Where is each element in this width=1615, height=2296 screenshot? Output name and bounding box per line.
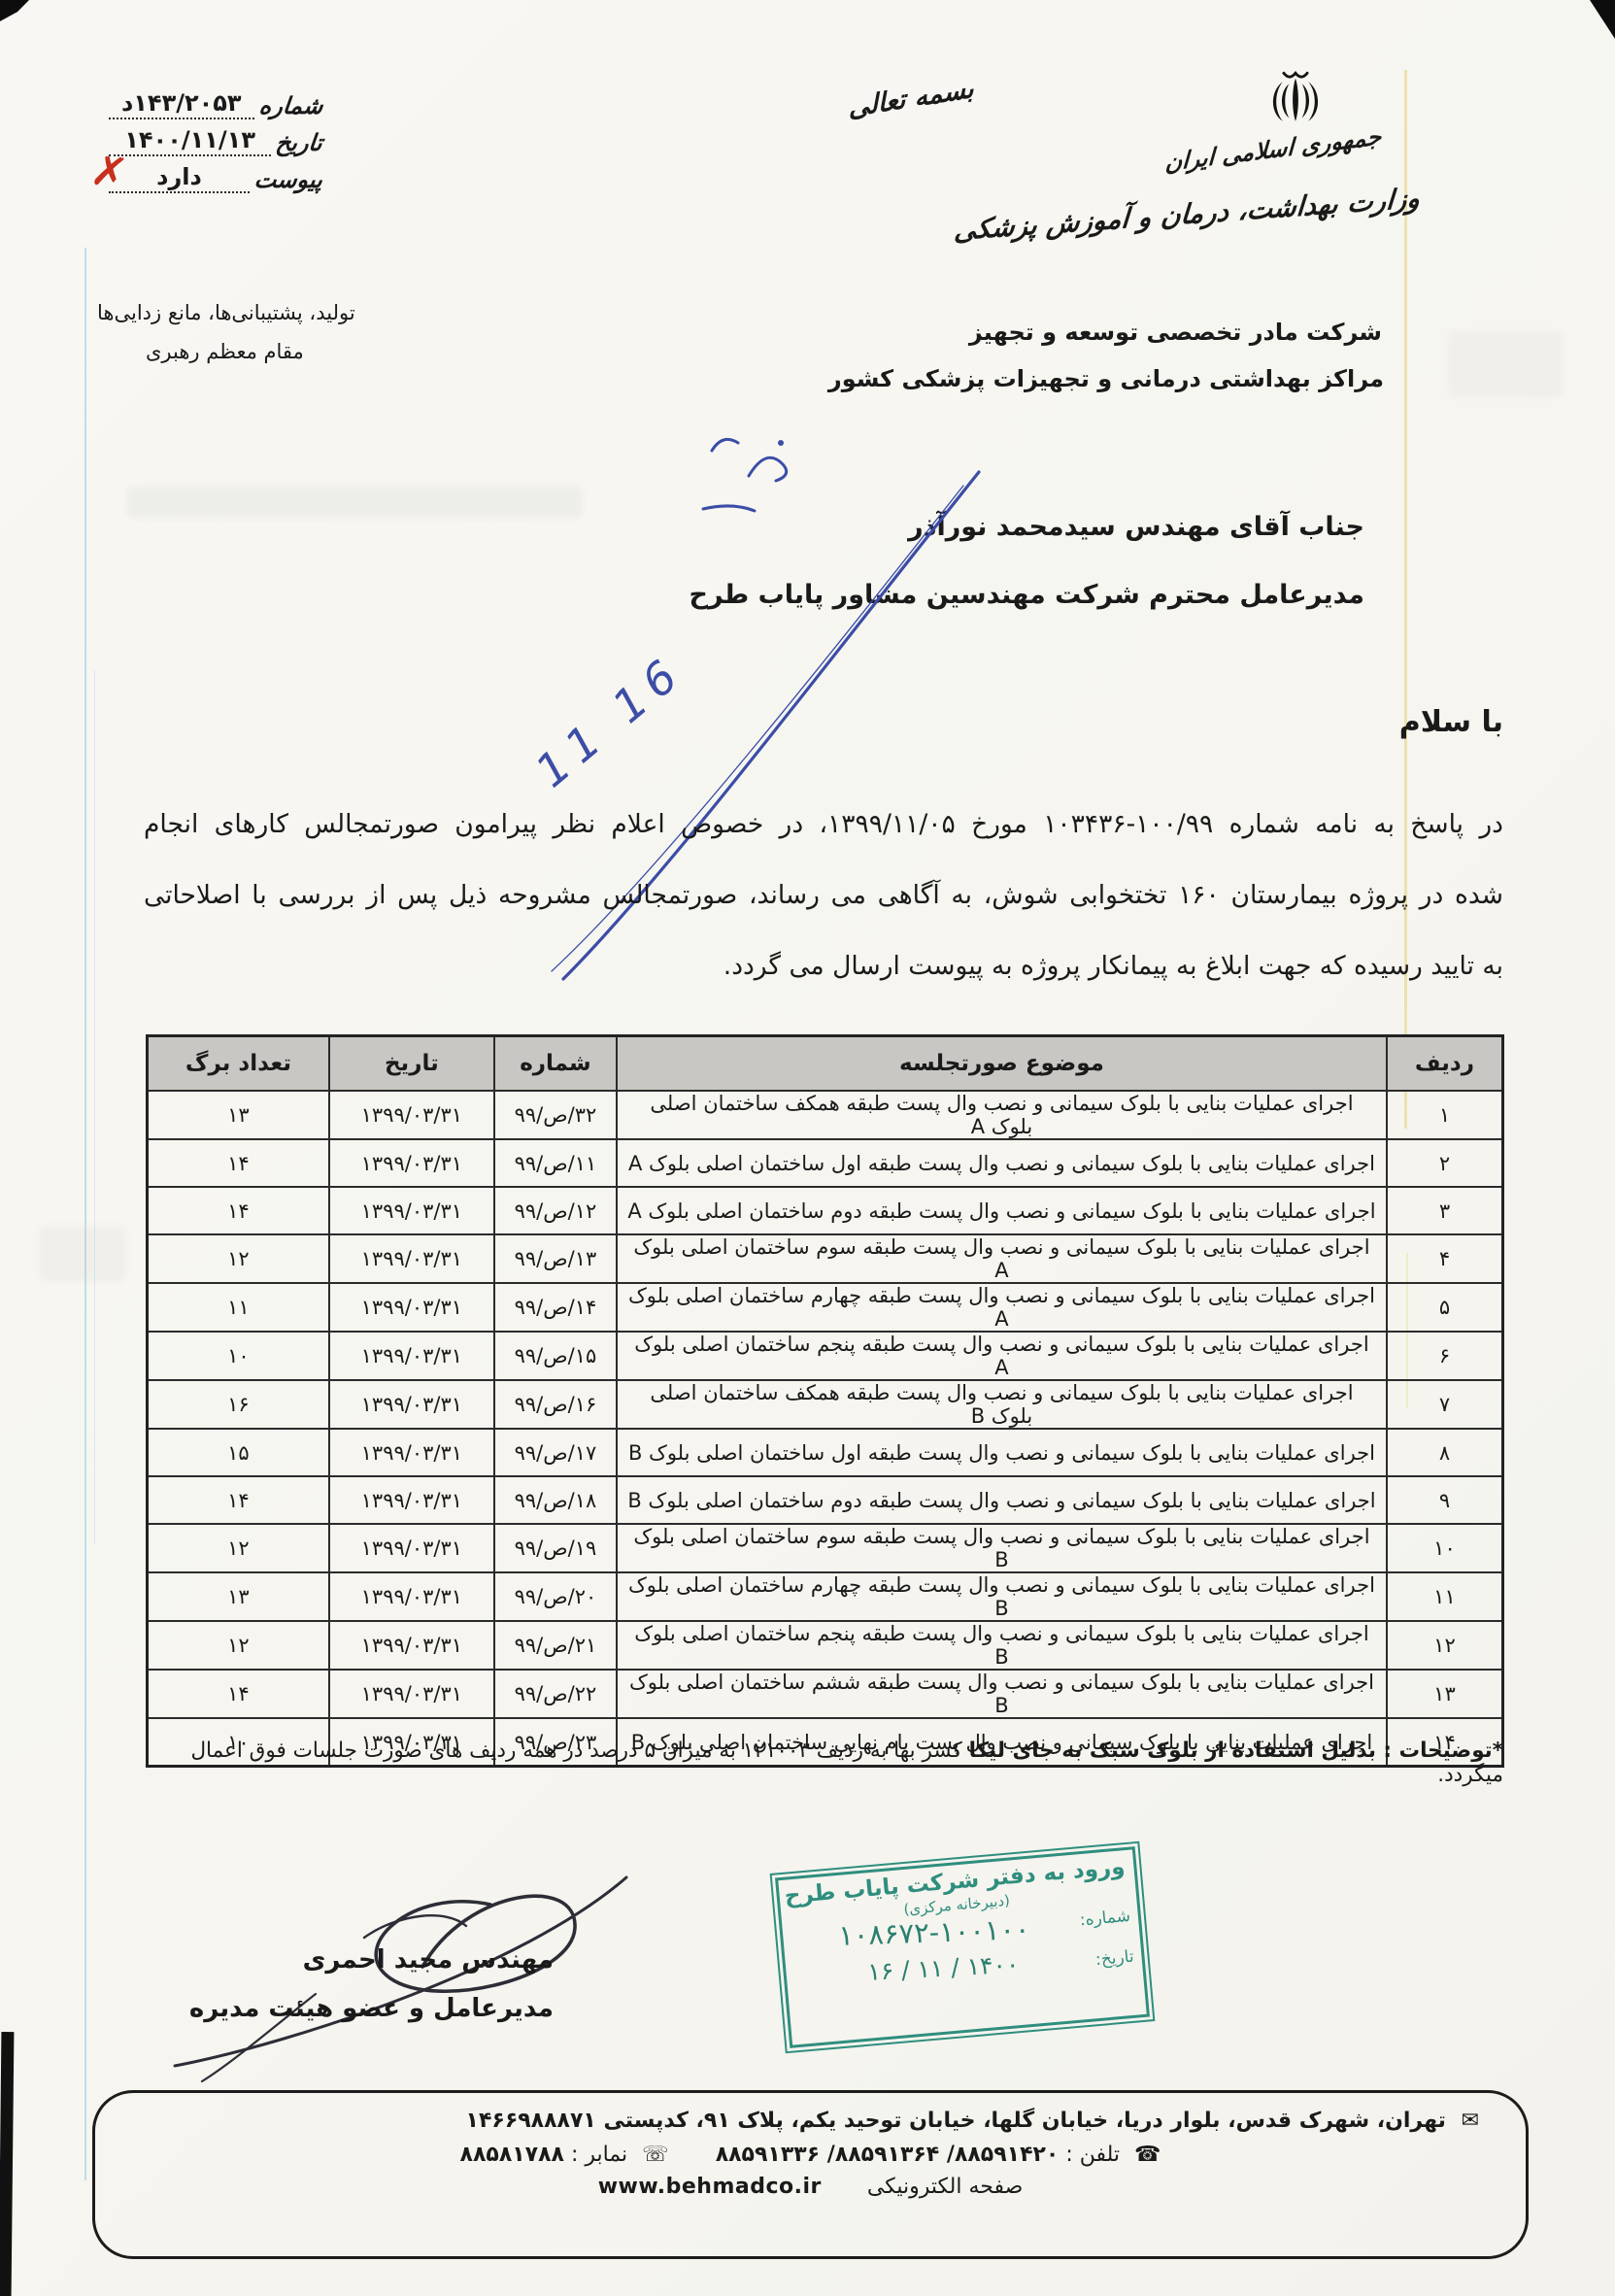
cell-subject: اجرای عملیات بنایی با بلوک سیمانی و نصب … bbox=[617, 1621, 1387, 1670]
cell-date: ۱۳۹۹/۰۳/۳۱ bbox=[329, 1283, 494, 1332]
cell-letter-number: ۱۷/ص/۹۹ bbox=[494, 1429, 617, 1476]
cell-subject: اجرای عملیات بنایی با بلوک سیمانی و نصب … bbox=[617, 1091, 1387, 1139]
cell-pages: ۱۳ bbox=[148, 1091, 329, 1139]
letter-number-label: شماره bbox=[257, 92, 323, 119]
cell-date: ۱۳۹۹/۰۳/۳۱ bbox=[329, 1380, 494, 1429]
footer-contact-box: ✉ تهران، شهرک قدس، بلوار دریا، خیابان گل… bbox=[92, 2090, 1529, 2259]
table-row: ۲ اجرای عملیات بنایی با بلوک سیمانی و نص… bbox=[148, 1139, 1503, 1187]
fax-icon: ☏ bbox=[642, 2143, 669, 2167]
scanned-letter-page: شماره ۱۴۳/۲۰۵۳د تاریخ ۱۴۰۰/۱۱/۱۳ پیوست د… bbox=[0, 0, 1615, 2296]
cell-subject: اجرای عملیات بنایی با بلوک سیمانی و نصب … bbox=[617, 1476, 1387, 1524]
cell-letter-number: ۲۲/ص/۹۹ bbox=[494, 1670, 617, 1718]
table-row: ۸ اجرای عملیات بنایی با بلوک سیمانی و نص… bbox=[148, 1429, 1503, 1476]
body-line: در پاسخ به نامه شماره ۱۰۰/۹۹-۱۰۳۴۳۶ مورخ… bbox=[144, 789, 1503, 860]
cell-pages: ۱۴ bbox=[148, 1187, 329, 1234]
cell-row-number: ۸ bbox=[1387, 1429, 1503, 1476]
cell-pages: ۱۱ bbox=[148, 1283, 329, 1332]
cell-letter-number: ۱۶/ص/۹۹ bbox=[494, 1380, 617, 1429]
cell-subject: اجرای عملیات بنایی با بلوک سیمانی و نصب … bbox=[617, 1139, 1387, 1187]
scan-line-artifact bbox=[94, 670, 95, 1544]
ink-bleed-ghost bbox=[126, 486, 583, 519]
table-row: ۱۱ اجرای عملیات بنایی با بلوک سیمانی و ن… bbox=[148, 1572, 1503, 1621]
cell-pages: ۱۶ bbox=[148, 1380, 329, 1429]
cell-letter-number: ۳۲/ص/۹۹ bbox=[494, 1091, 617, 1139]
fax-number: ۸۸۵۸۱۷۸۸ bbox=[460, 2143, 564, 2167]
signer-title: مدیرعامل و عضو هیئت مدیره bbox=[189, 1994, 554, 2023]
scan-line-artifact bbox=[84, 248, 86, 2180]
letter-number-line: شماره ۱۴۳/۲۰۵۳د bbox=[109, 89, 322, 119]
signer-name: مهندس مجید احمری bbox=[303, 1945, 554, 1975]
phone-numbers: ۸۸۵۹۱۴۲۰/ ۸۸۵۹۱۳۶۴/ ۸۸۵۹۱۳۳۶ bbox=[716, 2143, 1060, 2167]
envelope-icon: ✉ bbox=[1462, 2109, 1479, 2133]
table-row: ۱۰ اجرای عملیات بنایی با بلوک سیمانی و ن… bbox=[148, 1524, 1503, 1572]
org-name-line2: مراکز بهداشتی درمانی و تجهیزات پزشکی کشو… bbox=[828, 365, 1384, 392]
cell-pages: ۱۲ bbox=[148, 1234, 329, 1283]
table-row: ۶ اجرای عملیات بنایی با بلوک سیمانی و نص… bbox=[148, 1332, 1503, 1380]
year-slogan-line2: مقام معظم رهبری bbox=[146, 340, 304, 363]
body-line: شده در پروژه بیمارستان ۱۶۰ تختخوابی شوش،… bbox=[144, 860, 1503, 930]
cell-row-number: ۱۱ bbox=[1387, 1572, 1503, 1621]
phone-icon: ☎ bbox=[1134, 2143, 1161, 2167]
cell-row-number: ۱۰ bbox=[1387, 1524, 1503, 1572]
cell-subject: اجرای عملیات بنایی با بلوک سیمانی و نصب … bbox=[617, 1283, 1387, 1332]
web-label: صفحه الکترونیکی bbox=[867, 2175, 1023, 2199]
phone-label: تلفن : bbox=[1065, 2143, 1120, 2167]
body-line: به تایید رسیده که جهت ابلاغ به پیمانکار … bbox=[144, 930, 1503, 1001]
cell-row-number: ۲ bbox=[1387, 1139, 1503, 1187]
stamp-date-label: تاریخ: bbox=[1094, 1947, 1134, 1970]
table-row: ۱۳ اجرای عملیات بنایی با بلوک سیمانی و ن… bbox=[148, 1670, 1503, 1718]
cell-subject: اجرای عملیات بنایی با بلوک سیمانی و نصب … bbox=[617, 1234, 1387, 1283]
minutes-table-body: ۱ اجرای عملیات بنایی با بلوک سیمانی و نص… bbox=[148, 1091, 1503, 1767]
note-bold-part: *توضیحات : بدلیل استفاده از بلوک سبک به … bbox=[969, 1739, 1503, 1763]
cell-date: ۱۳۹۹/۰۳/۳۱ bbox=[329, 1621, 494, 1670]
cell-subject: اجرای عملیات بنایی با بلوک سیمانی و نصب … bbox=[617, 1429, 1387, 1476]
cell-pages: ۱۴ bbox=[148, 1476, 329, 1524]
header-cell-row: ردیف bbox=[1387, 1036, 1503, 1092]
table-row: ۱۲ اجرای عملیات بنایی با بلوک سیمانی و ن… bbox=[148, 1621, 1503, 1670]
cell-row-number: ۱ bbox=[1387, 1091, 1503, 1139]
cell-subject: اجرای عملیات بنایی با بلوک سیمانی و نصب … bbox=[617, 1572, 1387, 1621]
letter-attachment-value: دارد bbox=[109, 163, 250, 193]
table-row: ۹ اجرای عملیات بنایی با بلوک سیمانی و نص… bbox=[148, 1476, 1503, 1524]
letter-number-value: ۱۴۳/۲۰۵۳د bbox=[109, 89, 254, 119]
iran-emblem-icon bbox=[1263, 66, 1328, 138]
scan-corner-artifact bbox=[1590, 0, 1615, 39]
cell-date: ۱۳۹۹/۰۳/۳۱ bbox=[329, 1187, 494, 1234]
ink-bleed-ghost bbox=[39, 1226, 126, 1282]
cell-row-number: ۱۳ bbox=[1387, 1670, 1503, 1718]
cell-date: ۱۳۹۹/۰۳/۳۱ bbox=[329, 1670, 494, 1718]
org-name-line1: شرکت مادر تخصصی توسعه و تجهیز bbox=[969, 319, 1382, 346]
table-row: ۵ اجرای عملیات بنایی با بلوک سیمانی و نص… bbox=[148, 1283, 1503, 1332]
cell-date: ۱۳۹۹/۰۳/۳۱ bbox=[329, 1524, 494, 1572]
letter-meta-block: شماره ۱۴۳/۲۰۵۳د تاریخ ۱۴۰۰/۱۱/۱۳ پیوست د… bbox=[109, 89, 322, 200]
letter-date-label: تاریخ bbox=[275, 129, 324, 156]
cell-pages: ۱۲ bbox=[148, 1621, 329, 1670]
cell-date: ۱۳۹۹/۰۳/۳۱ bbox=[329, 1234, 494, 1283]
table-row: ۴ اجرای عملیات بنایی با بلوک سیمانی و نص… bbox=[148, 1234, 1503, 1283]
footer-phone-line: ☎ تلفن : ۸۸۵۹۱۴۲۰/ ۸۸۵۹۱۳۶۴/ ۸۸۵۹۱۳۳۶ ☏ … bbox=[95, 2143, 1526, 2167]
letter-attachment-label: پیوست bbox=[253, 166, 324, 193]
cell-letter-number: ۱۹/ص/۹۹ bbox=[494, 1524, 617, 1572]
cell-pages: ۱۴ bbox=[148, 1139, 329, 1187]
explanation-note: *توضیحات : بدلیل استفاده از بلوک سبک به … bbox=[144, 1739, 1503, 1787]
letter-date-value: ۱۴۰۰/۱۱/۱۳ bbox=[109, 126, 271, 156]
company-entry-stamp: ورود به دفتر شرکت پایاب طرح (دبیرخانه مر… bbox=[770, 1841, 1156, 2054]
cell-subject: اجرای عملیات بنایی با بلوک سیمانی و نصب … bbox=[617, 1524, 1387, 1572]
footer-address-line: ✉ تهران، شهرک قدس، بلوار دریا، خیابان گل… bbox=[95, 2093, 1526, 2133]
header-cell-date: تاریخ bbox=[329, 1036, 494, 1092]
scan-edge-artifact bbox=[0, 2032, 14, 2296]
stamp-content: ورود به دفتر شرکت پایاب طرح (دبیرخانه مر… bbox=[772, 1843, 1149, 2006]
cell-letter-number: ۲۱/ص/۹۹ bbox=[494, 1621, 617, 1670]
cell-date: ۱۳۹۹/۰۳/۳۱ bbox=[329, 1476, 494, 1524]
stamp-number-label: شماره: bbox=[1079, 1907, 1131, 1930]
website-url: www.behmadco.ir bbox=[598, 2175, 822, 2199]
cell-subject: اجرای عملیات بنایی با بلوک سیمانی و نصب … bbox=[617, 1187, 1387, 1234]
cell-date: ۱۳۹۹/۰۳/۳۱ bbox=[329, 1091, 494, 1139]
cell-letter-number: ۱۸/ص/۹۹ bbox=[494, 1476, 617, 1524]
fax-label: نمابر : bbox=[571, 2143, 627, 2167]
cell-row-number: ۹ bbox=[1387, 1476, 1503, 1524]
cell-pages: ۱۰ bbox=[148, 1332, 329, 1380]
bismillah-calligraphy: بسمه تعالی bbox=[833, 71, 989, 125]
ministry-title-calligraphy: وزارت بهداشت، درمان و آموزش پزشکی bbox=[954, 182, 1422, 247]
cell-pages: ۱۳ bbox=[148, 1572, 329, 1621]
cell-pages: ۱۵ bbox=[148, 1429, 329, 1476]
year-slogan-line1: تولید، پشتیبانی‌ها، مانع زدایی‌ها bbox=[97, 301, 355, 324]
minutes-table: ردیف موضوع صورتجلسه شماره تاریخ تعداد بر… bbox=[146, 1034, 1504, 1768]
cell-date: ۱۳۹۹/۰۳/۳۱ bbox=[329, 1139, 494, 1187]
cell-date: ۱۳۹۹/۰۳/۳۱ bbox=[329, 1429, 494, 1476]
cell-row-number: ۷ bbox=[1387, 1380, 1503, 1429]
letter-attachment-line: پیوست دارد bbox=[109, 163, 322, 193]
cell-subject: اجرای عملیات بنایی با بلوک سیمانی و نصب … bbox=[617, 1332, 1387, 1380]
cell-row-number: ۱۲ bbox=[1387, 1621, 1503, 1670]
cell-letter-number: ۱۳/ص/۹۹ bbox=[494, 1234, 617, 1283]
cell-letter-number: ۱۱/ص/۹۹ bbox=[494, 1139, 617, 1187]
cell-subject: اجرای عملیات بنایی با بلوک سیمانی و نصب … bbox=[617, 1670, 1387, 1718]
cell-row-number: ۳ bbox=[1387, 1187, 1503, 1234]
footer-address: تهران، شهرک قدس، بلوار دریا، خیابان گلها… bbox=[466, 2109, 1446, 2133]
cell-letter-number: ۱۴/ص/۹۹ bbox=[494, 1283, 617, 1332]
header-cell-number: شماره bbox=[494, 1036, 617, 1092]
cell-pages: ۱۲ bbox=[148, 1524, 329, 1572]
cell-pages: ۱۴ bbox=[148, 1670, 329, 1718]
cell-date: ۱۳۹۹/۰۳/۳۱ bbox=[329, 1572, 494, 1621]
cell-letter-number: ۲۰/ص/۹۹ bbox=[494, 1572, 617, 1621]
minutes-table-header: ردیف موضوع صورتجلسه شماره تاریخ تعداد بر… bbox=[148, 1036, 1503, 1092]
table-row: ۷ اجرای عملیات بنایی با بلوک سیمانی و نص… bbox=[148, 1380, 1503, 1429]
header-cell-subject: موضوع صورتجلسه bbox=[617, 1036, 1387, 1092]
cell-row-number: ۵ bbox=[1387, 1283, 1503, 1332]
ink-bleed-ghost bbox=[1447, 330, 1564, 398]
cell-letter-number: ۱۵/ص/۹۹ bbox=[494, 1332, 617, 1380]
header-cell-pages: تعداد برگ bbox=[148, 1036, 329, 1092]
table-row: ۱ اجرای عملیات بنایی با بلوک سیمانی و نص… bbox=[148, 1091, 1503, 1139]
cell-row-number: ۶ bbox=[1387, 1332, 1503, 1380]
letter-date-line: تاریخ ۱۴۰۰/۱۱/۱۳ bbox=[109, 126, 322, 156]
footer-web-line: صفحه الکترونیکی www.behmadco.ir bbox=[95, 2175, 1526, 2199]
cell-subject: اجرای عملیات بنایی با بلوک سیمانی و نصب … bbox=[617, 1380, 1387, 1429]
salutation: با سلام bbox=[1399, 705, 1503, 739]
scan-corner-artifact bbox=[0, 0, 29, 21]
table-row: ۳ اجرای عملیات بنایی با بلوک سیمانی و نص… bbox=[148, 1187, 1503, 1234]
letter-body: در پاسخ به نامه شماره ۱۰۰/۹۹-۱۰۳۴۳۶ مورخ… bbox=[144, 789, 1503, 1001]
cell-row-number: ۴ bbox=[1387, 1234, 1503, 1283]
cell-letter-number: ۱۲/ص/۹۹ bbox=[494, 1187, 617, 1234]
cell-date: ۱۳۹۹/۰۳/۳۱ bbox=[329, 1332, 494, 1380]
